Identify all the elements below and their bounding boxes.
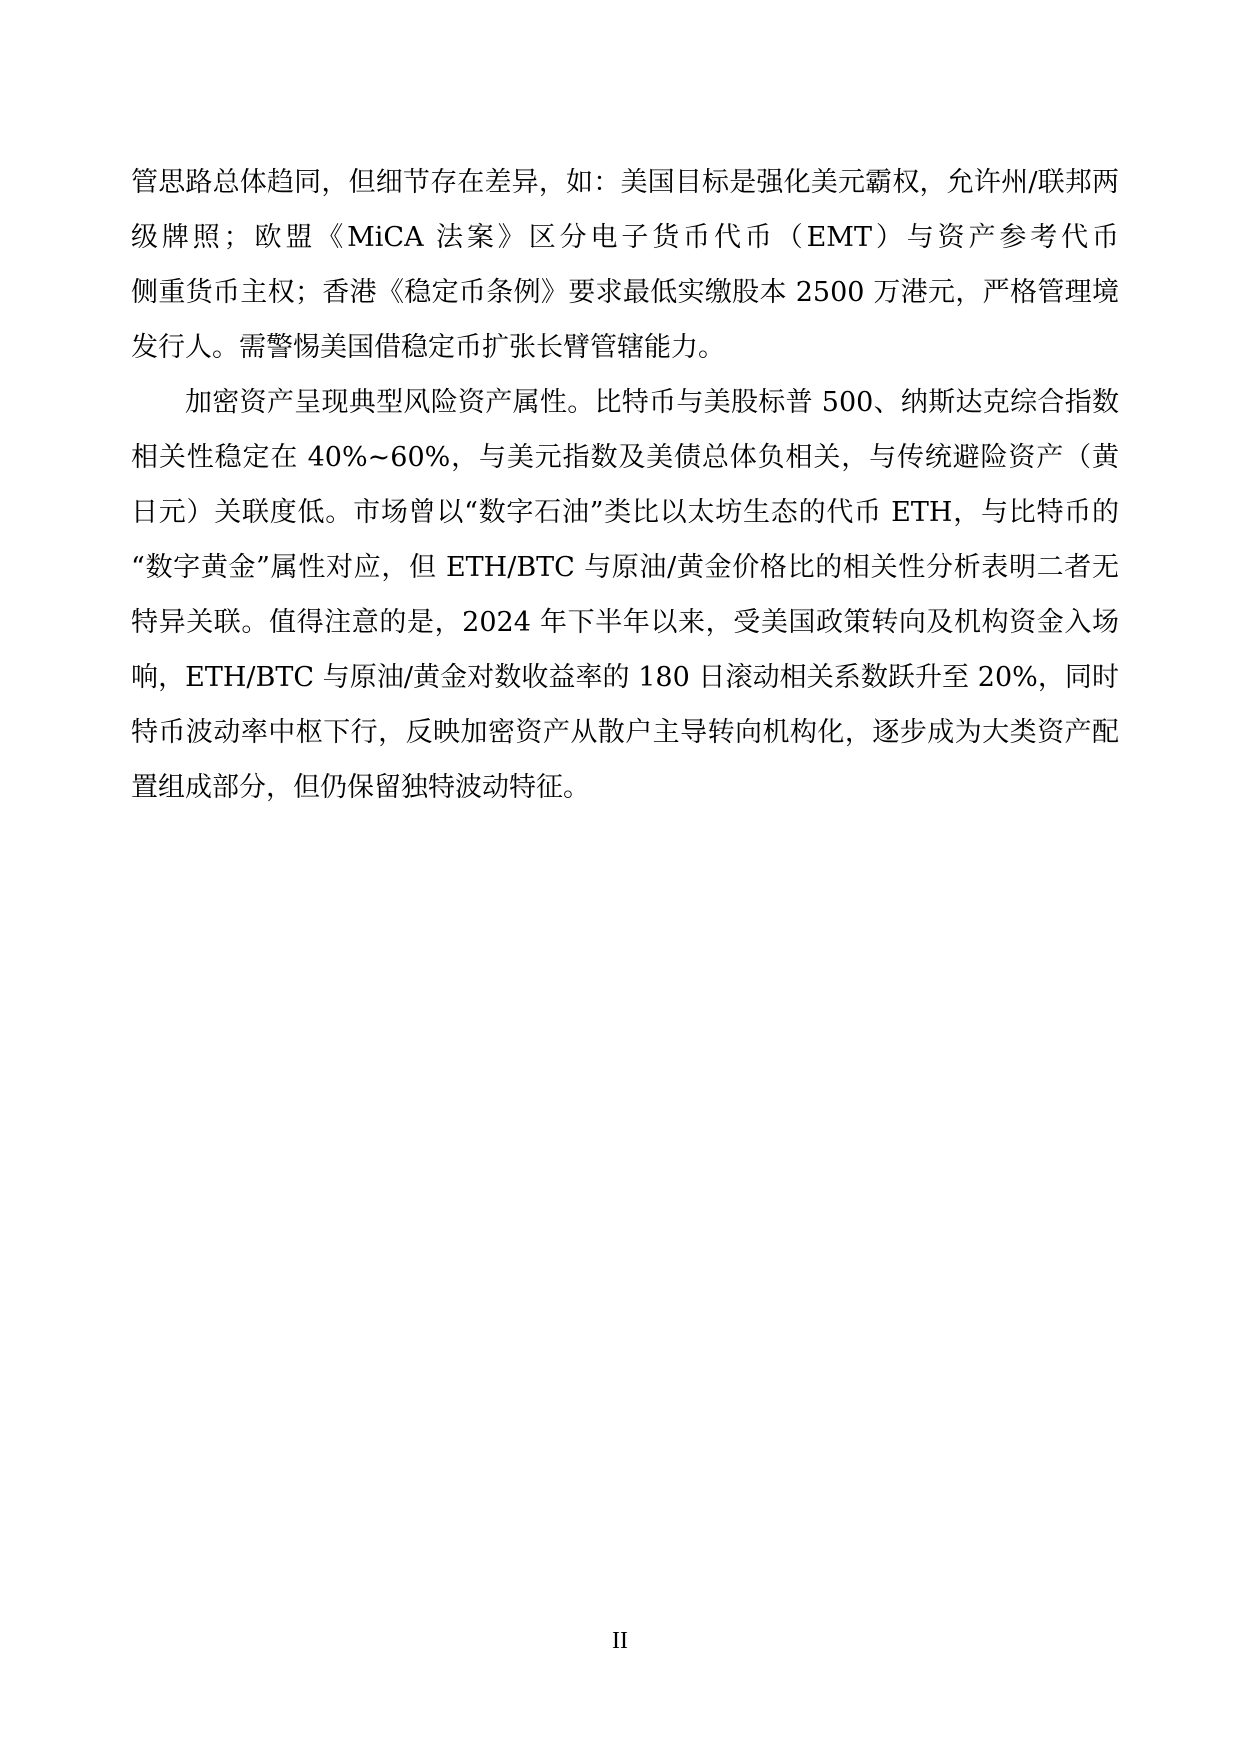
paragraph: 加密资产呈现典型风险资产属性。比特币与美股标普 500、纳斯达克综合指数的相关性…: [131, 375, 1119, 815]
page-number: II: [0, 1626, 1240, 1656]
text-line: 特币波动率中枢下行，反映加密资产从散户主导转向机构化，逐步成为大类资产配: [131, 705, 1119, 760]
text-line: 响，ETH/BTC 与原油/黄金对数收益率的 180 日滚动相关系数跃升至 20…: [131, 650, 1119, 705]
text-line: 加密资产呈现典型风险资产属性。比特币与美股标普 500、纳斯达克综合指数的: [131, 375, 1119, 430]
text-line: 管思路总体趋同，但细节存在差异，如：美国目标是强化美元霸权，允许州/联邦两: [131, 155, 1119, 210]
text-line: 日元）关联度低。市场曾以“数字石油”类比以太坊生态的代币 ETH，与比特币的: [131, 485, 1119, 540]
document-page: 管思路总体趋同，但细节存在差异，如：美国目标是强化美元霸权，允许州/联邦两级牌照…: [0, 0, 1240, 1755]
text-line: 发行人。需警惕美国借稳定币扩张长臂管辖能力。: [131, 320, 1119, 375]
text-line: 侧重货币主权；香港《稳定币条例》要求最低实缴股本 2500 万港元，严格管理境外: [131, 265, 1119, 320]
text-line: 置组成部分，但仍保留独特波动特征。: [131, 760, 1119, 815]
paragraph: 管思路总体趋同，但细节存在差异，如：美国目标是强化美元霸权，允许州/联邦两级牌照…: [131, 155, 1119, 375]
text-line: “数字黄金”属性对应，但 ETH/BTC 与原油/黄金价格比的相关性分析表明二者…: [131, 540, 1119, 595]
text-line: 级牌照；欧盟《MiCA 法案》区分电子货币代币（EMT）与资产参考代币（ART）…: [131, 210, 1119, 265]
body-text: 管思路总体趋同，但细节存在差异，如：美国目标是强化美元霸权，允许州/联邦两级牌照…: [131, 155, 1119, 815]
text-line: 相关性稳定在 40%~60%，与美元指数及美债总体负相关，与传统避险资产（黄金、: [131, 430, 1119, 485]
text-line: 特异关联。值得注意的是，2024 年下半年以来，受美国政策转向及机构资金入场影: [131, 595, 1119, 650]
